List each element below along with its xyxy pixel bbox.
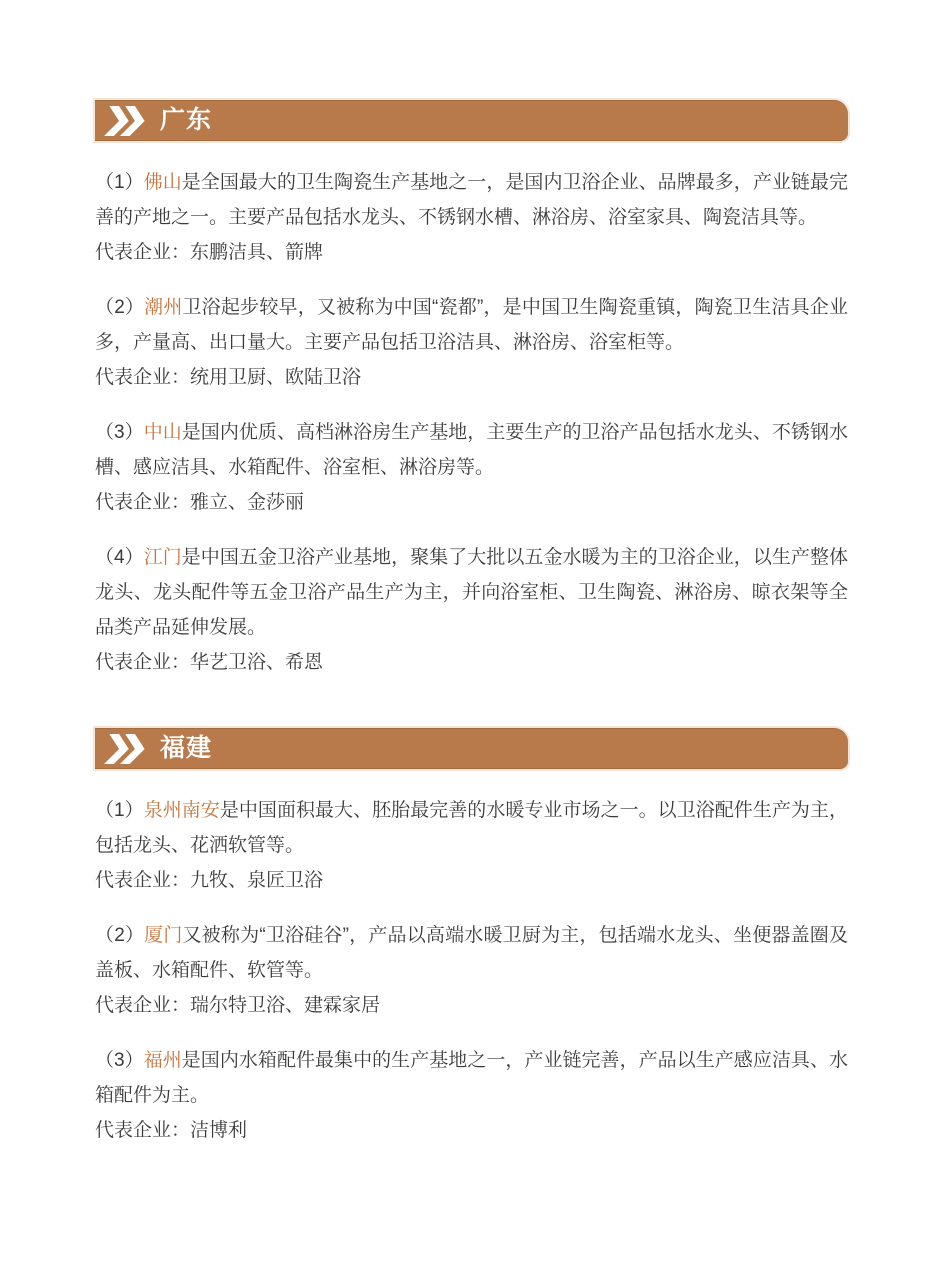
representative-companies: 代表企业：九牧、泉匠卫浴 — [95, 863, 848, 898]
city-description: 是全国最大的卫生陶瓷生产基地之一，是国内卫浴企业、品牌最多，产业链最完善的产地之… — [95, 172, 848, 228]
item-number: （3） — [95, 1050, 144, 1071]
representative-companies: 代表企业：华艺卫浴、希恩 — [95, 645, 848, 680]
city-item: （3）福州是国内水箱配件最集中的生产基地之一，产业链完善，产品以生产感应洁具、水… — [95, 1043, 848, 1148]
representative-companies: 代表企业：雅立、金莎丽 — [95, 485, 848, 520]
city-item: （2）厦门又被称为“卫浴硅谷”，产品以高端水暖卫厨为主，包括端水龙头、坐便器盖圈… — [95, 918, 848, 1023]
city-name: 厦门 — [144, 925, 182, 946]
city-paragraph: （2）厦门又被称为“卫浴硅谷”，产品以高端水暖卫厨为主，包括端水龙头、坐便器盖圈… — [95, 918, 848, 988]
double-chevron-icon — [101, 106, 152, 136]
city-description: 是国内水箱配件最集中的生产基地之一，产业链完善，产品以生产感应洁具、水箱配件为主… — [95, 1050, 848, 1106]
city-paragraph: （1）佛山是全国最大的卫生陶瓷生产基地之一，是国内卫浴企业、品牌最多，产业链最完… — [95, 165, 848, 235]
item-number: （3） — [95, 422, 144, 443]
city-item: （2）潮州卫浴起步较早，又被称为中国“瓷都”，是中国卫生陶瓷重镇，陶瓷卫生洁具企… — [95, 290, 848, 395]
representative-companies: 代表企业：洁博利 — [95, 1113, 848, 1148]
page: 广东 （1）佛山是全国最大的卫生陶瓷生产基地之一，是国内卫浴企业、品牌最多，产业… — [0, 0, 950, 1280]
city-paragraph: （2）潮州卫浴起步较早，又被称为中国“瓷都”，是中国卫生陶瓷重镇，陶瓷卫生洁具企… — [95, 290, 848, 360]
city-paragraph: （1）泉州南安是中国面积最大、胚胎最完善的水暖专业市场之一。以卫浴配件生产为主，… — [95, 793, 848, 863]
city-name: 潮州 — [144, 297, 182, 318]
city-description: 卫浴起步较早，又被称为中国“瓷都”，是中国卫生陶瓷重镇，陶瓷卫生洁具企业多，产量… — [95, 297, 848, 353]
city-name: 福州 — [144, 1050, 182, 1071]
city-item: （1）佛山是全国最大的卫生陶瓷生产基地之一，是国内卫浴企业、品牌最多，产业链最完… — [95, 165, 848, 270]
city-paragraph: （3）中山是国内优质、高档淋浴房生产基地，主要生产的卫浴产品包括水龙头、不锈钢水… — [95, 415, 848, 485]
city-description: 又被称为“卫浴硅谷”，产品以高端水暖卫厨为主，包括端水龙头、坐便器盖圈及盖板、水… — [95, 925, 848, 981]
city-item: （3）中山是国内优质、高档淋浴房生产基地，主要生产的卫浴产品包括水龙头、不锈钢水… — [95, 415, 848, 520]
region-section: 福建 （1）泉州南安是中国面积最大、胚胎最完善的水暖专业市场之一。以卫浴配件生产… — [95, 728, 848, 1148]
section-title: 广东 — [160, 108, 212, 133]
city-paragraph: （3）福州是国内水箱配件最集中的生产基地之一，产业链完善，产品以生产感应洁具、水… — [95, 1043, 848, 1113]
item-number: （2） — [95, 925, 144, 946]
document-content: 广东 （1）佛山是全国最大的卫生陶瓷生产基地之一，是国内卫浴企业、品牌最多，产业… — [95, 100, 848, 1168]
section-banner: 福建 — [95, 728, 848, 769]
section-items: （1）泉州南安是中国面积最大、胚胎最完善的水暖专业市场之一。以卫浴配件生产为主，… — [95, 793, 848, 1148]
city-name: 泉州南安 — [144, 800, 220, 821]
city-name: 中山 — [144, 422, 182, 443]
representative-companies: 代表企业：统用卫厨、欧陆卫浴 — [95, 360, 848, 395]
region-section: 广东 （1）佛山是全国最大的卫生陶瓷生产基地之一，是国内卫浴企业、品牌最多，产业… — [95, 100, 848, 680]
item-number: （4） — [95, 547, 144, 568]
city-item: （1）泉州南安是中国面积最大、胚胎最完善的水暖专业市场之一。以卫浴配件生产为主，… — [95, 793, 848, 898]
city-paragraph: （4）江门是中国五金卫浴产业基地，聚集了大批以五金水暖为主的卫浴企业，以生产整体… — [95, 540, 848, 645]
city-name: 江门 — [144, 547, 182, 568]
representative-companies: 代表企业：瑞尔特卫浴、建霖家居 — [95, 988, 848, 1023]
section-banner: 广东 — [95, 100, 848, 141]
section-title: 福建 — [160, 736, 212, 761]
item-number: （2） — [95, 297, 144, 318]
city-item: （4）江门是中国五金卫浴产业基地，聚集了大批以五金水暖为主的卫浴企业，以生产整体… — [95, 540, 848, 680]
section-items: （1）佛山是全国最大的卫生陶瓷生产基地之一，是国内卫浴企业、品牌最多，产业链最完… — [95, 165, 848, 680]
double-chevron-icon — [101, 734, 152, 764]
city-name: 佛山 — [144, 172, 182, 193]
city-description: 是中国五金卫浴产业基地，聚集了大批以五金水暖为主的卫浴企业，以生产整体龙头、龙头… — [95, 547, 848, 638]
representative-companies: 代表企业：东鹏洁具、箭牌 — [95, 235, 848, 270]
item-number: （1） — [95, 172, 144, 193]
city-description: 是国内优质、高档淋浴房生产基地，主要生产的卫浴产品包括水龙头、不锈钢水槽、感应洁… — [95, 422, 848, 478]
item-number: （1） — [95, 800, 144, 821]
